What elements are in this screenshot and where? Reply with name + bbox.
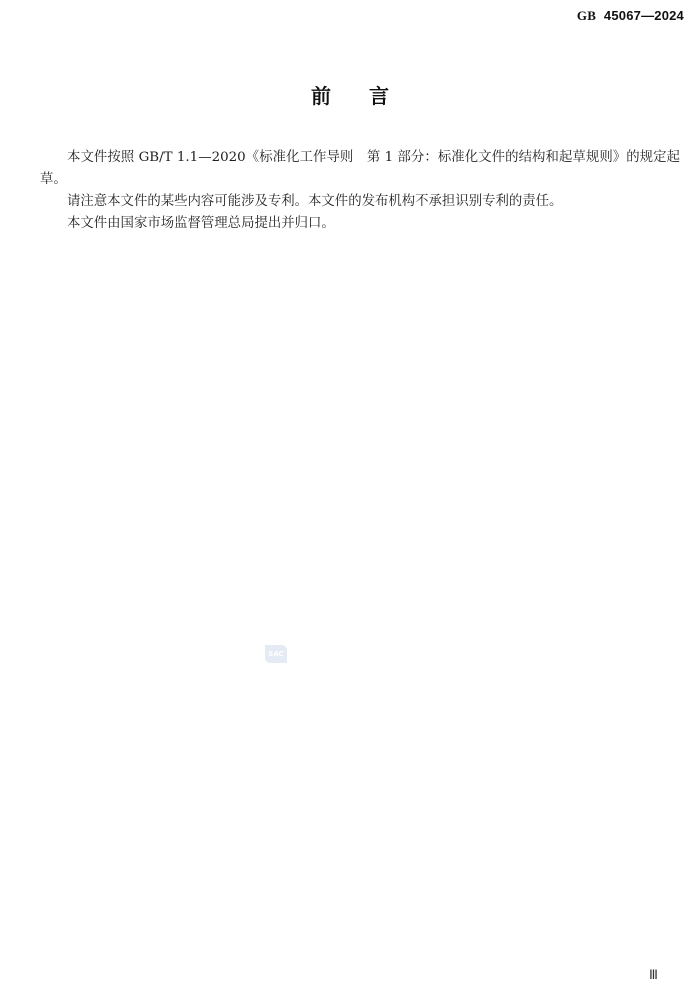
standard-code: GB [577, 8, 596, 23]
sac-watermark-logo-icon: SAC [265, 645, 287, 663]
watermark-text: SAC [268, 650, 283, 658]
page-header: GB 45067—2024 [577, 8, 684, 24]
paragraph-drafting-rules: 本文件按照 GB/T 1.1—2020《标准化工作导则 第 1 部分：标准化文件… [40, 147, 680, 191]
paragraph-proposer: 本文件由国家市场监督管理总局提出并归口。 [40, 213, 680, 235]
foreword-body: 本文件按照 GB/T 1.1—2020《标准化工作导则 第 1 部分：标准化文件… [40, 147, 680, 235]
section-title-foreword: 前言 [0, 80, 700, 109]
standard-number: 45067—2024 [604, 8, 684, 23]
page-number: Ⅲ [649, 967, 658, 983]
paragraph-patent-notice: 请注意本文件的某些内容可能涉及专利。本文件的发布机构不承担识别专利的责任。 [40, 191, 680, 213]
